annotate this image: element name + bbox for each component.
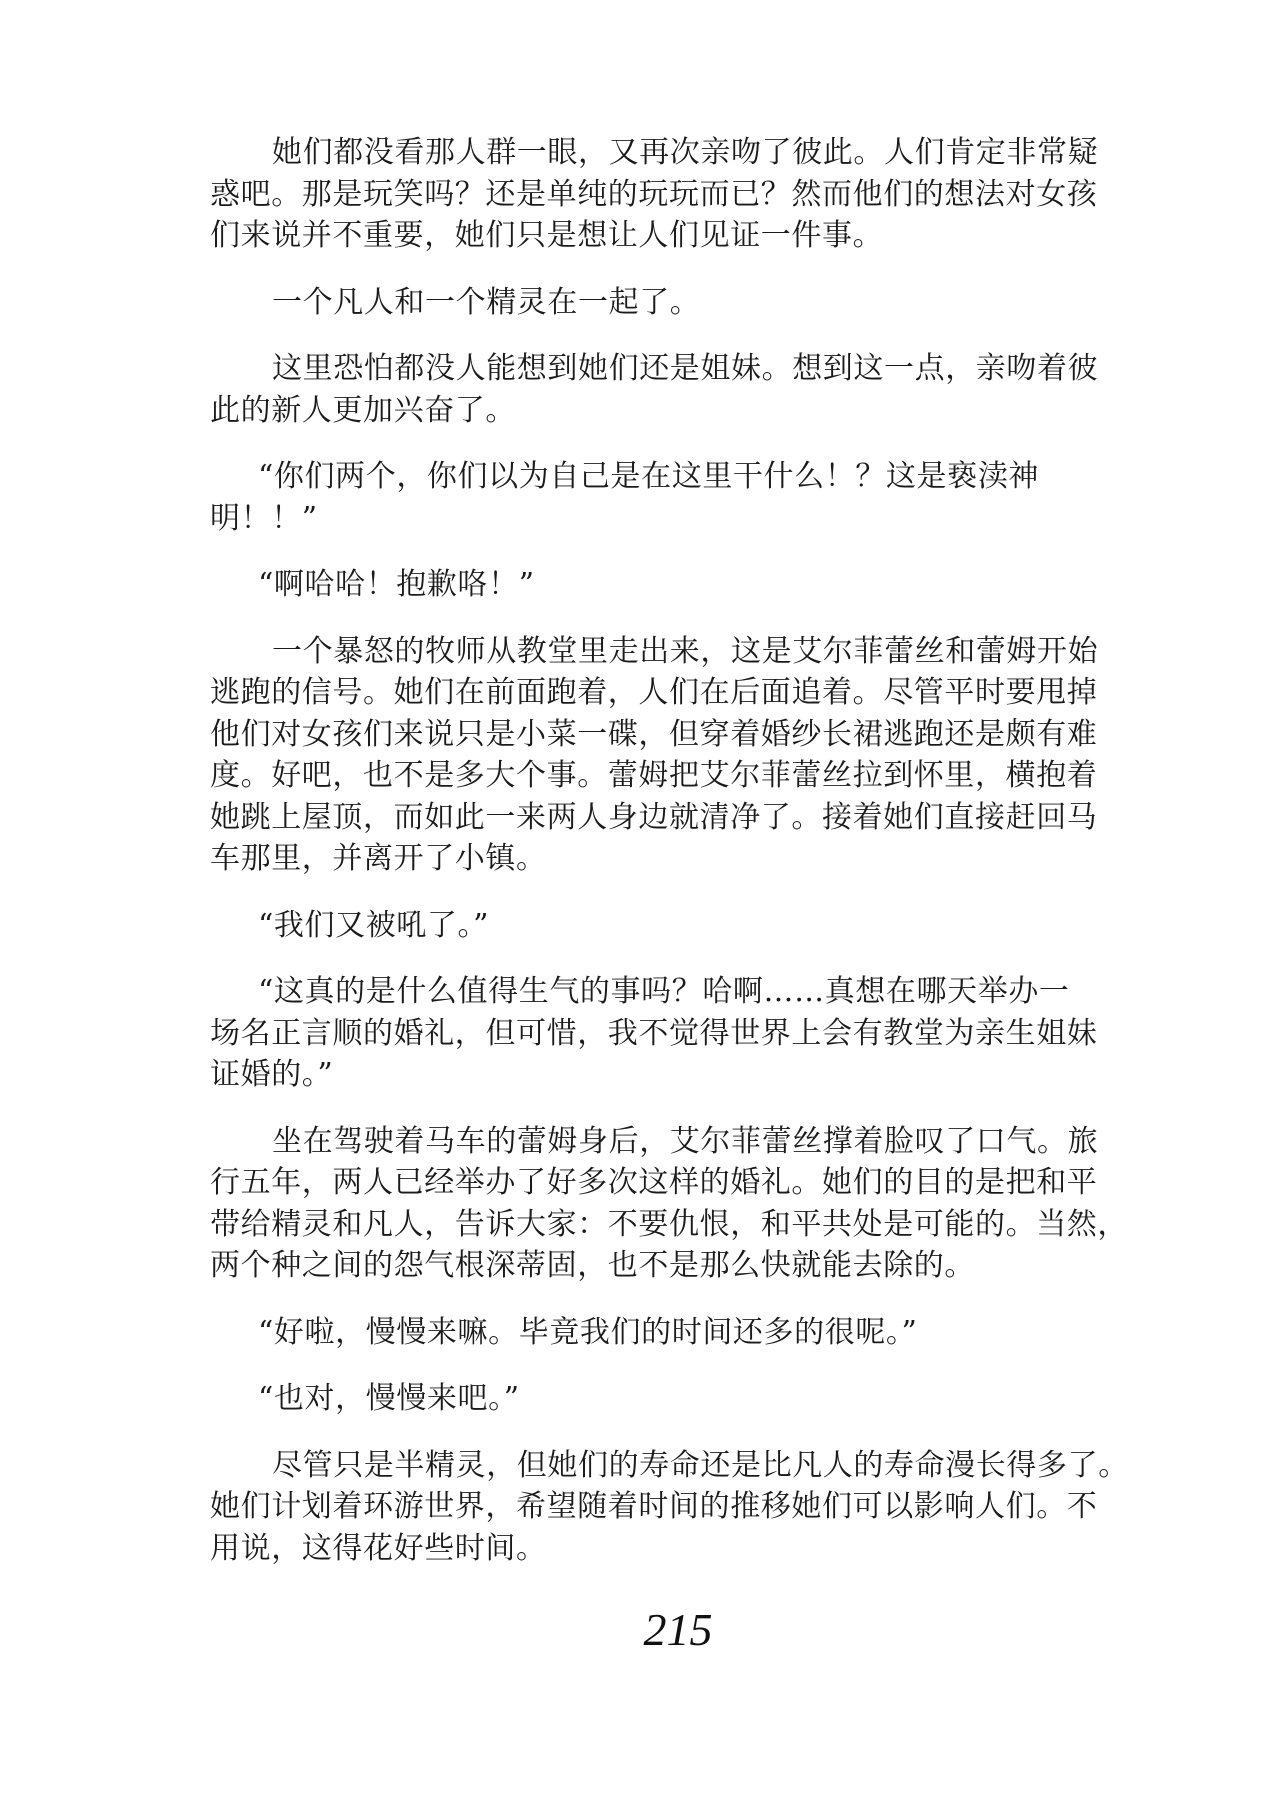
text-line: “这真的是什么值得生气的事吗？哈啊……真想在哪天举办一 — [210, 971, 1170, 1013]
book-page: 她们都没看那人群一眼，又再次亲吻了彼此。人们肯定非常疑 惑吧。那是玩笑吗？还是单… — [0, 0, 1280, 1816]
text-line: 她跳上屋顶，而如此一来两人身边就清净了。接着她们直接赶回马 — [210, 797, 1170, 839]
paragraph: 这里恐怕都没人能想到她们还是姐妹。想到这一点，亲吻着彼 此的新人更加兴奋了。 — [210, 348, 1170, 431]
text-line: 她们计划着环游世界，希望随着时间的推移她们可以影响人们。不 — [210, 1486, 1170, 1528]
text-line: 明！！” — [210, 498, 1170, 540]
paragraph: 坐在驾驶着马车的蕾姆身后，艾尔菲蕾丝撑着脸叹了口气。旅 行五年，两人已经举办了好… — [210, 1121, 1170, 1287]
page-body: 她们都没看那人群一眼，又再次亲吻了彼此。人们肯定非常疑 惑吧。那是玩笑吗？还是单… — [210, 132, 1170, 1594]
dialogue-paragraph: “这真的是什么值得生气的事吗？哈啊……真想在哪天举办一 场名正言顺的婚礼，但可惜… — [210, 971, 1170, 1096]
text-line: 行五年，两人已经举办了好多次这样的婚礼。她们的目的是把和平 — [210, 1162, 1170, 1204]
dialogue-paragraph: “好啦，慢慢来嘛。毕竟我们的时间还多的很呢。” — [210, 1312, 1170, 1354]
dialogue-paragraph: “啊哈哈！抱歉咯！” — [210, 564, 1170, 606]
text-line: 此的新人更加兴奋了。 — [210, 390, 1170, 432]
text-line: 场名正言顺的婚礼，但可惜，我不觉得世界上会有教堂为亲生姐妹 — [210, 1013, 1170, 1055]
text-line: 车那里，并离开了小镇。 — [210, 838, 1170, 880]
text-line: 惑吧。那是玩笑吗？还是单纯的玩玩而已？然而他们的想法对女孩 — [210, 174, 1170, 216]
text-line: 用说，这得花好些时间。 — [210, 1528, 1170, 1570]
text-line: 尽管只是半精灵，但她们的寿命还是比凡人的寿命漫长得多了。 — [210, 1445, 1170, 1487]
page-number: 215 — [0, 1604, 1280, 1656]
paragraph: 她们都没看那人群一眼，又再次亲吻了彼此。人们肯定非常疑 惑吧。那是玩笑吗？还是单… — [210, 132, 1170, 257]
text-line: “我们又被吼了。” — [210, 905, 1170, 947]
text-line: 带给精灵和凡人，告诉大家：不要仇恨，和平共处是可能的。当然， — [210, 1204, 1170, 1246]
text-line: 们来说并不重要，她们只是想让人们见证一件事。 — [210, 215, 1170, 257]
text-line: 她们都没看那人群一眼，又再次亲吻了彼此。人们肯定非常疑 — [210, 132, 1170, 174]
paragraph: 一个暴怒的牧师从教堂里走出来，这是艾尔菲蕾丝和蕾姆开始 逃跑的信号。她们在前面跑… — [210, 631, 1170, 880]
text-line: “也对，慢慢来吧。” — [210, 1378, 1170, 1420]
text-line: 这里恐怕都没人能想到她们还是姐妹。想到这一点，亲吻着彼 — [210, 348, 1170, 390]
text-line: 坐在驾驶着马车的蕾姆身后，艾尔菲蕾丝撑着脸叹了口气。旅 — [210, 1121, 1170, 1163]
dialogue-paragraph: “也对，慢慢来吧。” — [210, 1378, 1170, 1420]
text-line: “好啦，慢慢来嘛。毕竟我们的时间还多的很呢。” — [210, 1312, 1170, 1354]
text-line: 一个暴怒的牧师从教堂里走出来，这是艾尔菲蕾丝和蕾姆开始 — [210, 631, 1170, 673]
text-line: 度。好吧，也不是多大个事。蕾姆把艾尔菲蕾丝拉到怀里，横抱着 — [210, 755, 1170, 797]
text-line: 逃跑的信号。她们在前面跑着，人们在后面追着。尽管平时要甩掉 — [210, 672, 1170, 714]
text-line: “啊哈哈！抱歉咯！” — [210, 564, 1170, 606]
dialogue-paragraph: “我们又被吼了。” — [210, 905, 1170, 947]
text-line: 两个种之间的怨气根深蒂固，也不是那么快就能去除的。 — [210, 1245, 1170, 1287]
text-line: 他们对女孩们来说只是小菜一碟，但穿着婚纱长裙逃跑还是颇有难 — [210, 714, 1170, 756]
text-line: “你们两个，你们以为自己是在这里干什么！？这是亵渎神 — [210, 456, 1170, 498]
text-line: 一个凡人和一个精灵在一起了。 — [210, 282, 1170, 324]
paragraph: 尽管只是半精灵，但她们的寿命还是比凡人的寿命漫长得多了。 她们计划着环游世界，希… — [210, 1445, 1170, 1570]
paragraph: 一个凡人和一个精灵在一起了。 — [210, 282, 1170, 324]
text-line: 证婚的。” — [210, 1054, 1170, 1096]
dialogue-paragraph: “你们两个，你们以为自己是在这里干什么！？这是亵渎神 明！！” — [210, 456, 1170, 539]
